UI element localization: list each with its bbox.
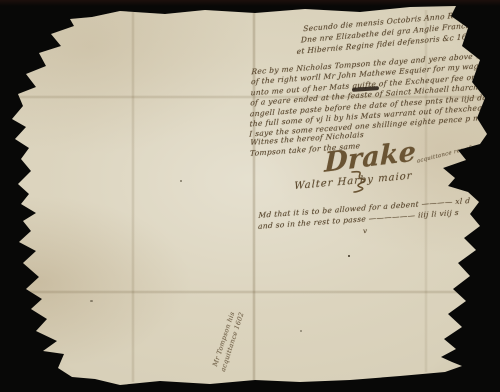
- ink-speck: [348, 255, 350, 257]
- green-ink-blot: [24, 349, 33, 357]
- ink-speck: [300, 330, 302, 332]
- heading-dating-clause: Secundo die mensis Octobris Anno Regni D…: [296, 8, 478, 57]
- ink-speck: [180, 180, 182, 182]
- receipt-body-paragraph: Rec by me Nicholas Tompson the daye and …: [249, 50, 491, 140]
- docket-endorsement: Mr Tompson his acquittance 1602: [206, 296, 249, 385]
- allowance-audit-lines: Md that it is to be allowed for a debent…: [258, 194, 482, 232]
- fold-crease-horizontal-lower: [16, 290, 466, 294]
- fold-crease-vertical-center: [252, 6, 256, 384]
- fold-crease-vertical-left: [131, 12, 135, 382]
- manuscript-paper: Secundo die mensis Octobris Anno Regni D…: [0, 0, 500, 392]
- photo-backdrop: Secundo die mensis Octobris Anno Regni D…: [0, 0, 500, 392]
- stray-ink-mark: v: [363, 227, 368, 235]
- ink-speck: [90, 300, 93, 302]
